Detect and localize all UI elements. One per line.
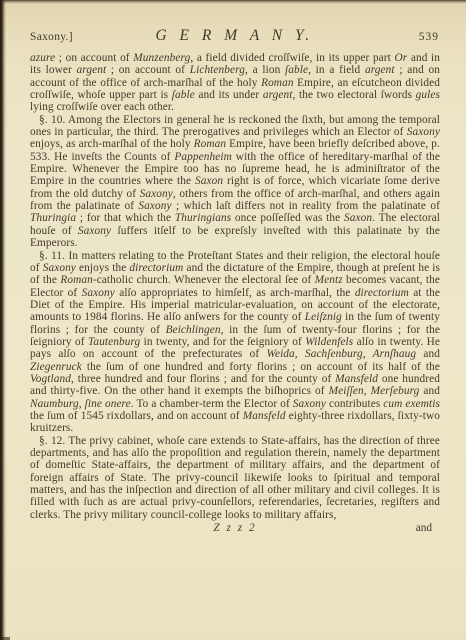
page-title: G E R M A N Y. <box>155 27 312 45</box>
book-page-scan: Saxony.] G E R M A N Y. 539 azure ; on a… <box>0 0 466 640</box>
scan-edge-top <box>0 0 466 4</box>
paragraph-section-12: §. 12. The privy cabinet, whoſe care ext… <box>30 435 440 521</box>
catchword: and <box>416 522 432 534</box>
paragraph-section-10: §. 10. Among the Electors in general he … <box>30 114 440 250</box>
body-text: azure ; on account of Munzenberg, a fiel… <box>30 52 440 521</box>
page-footer: Z z z 2 and <box>30 522 440 536</box>
paragraph-section-11: §. 11. In matters relating to the Proteſ… <box>30 250 440 435</box>
running-title-left: Saxony.] <box>30 31 73 43</box>
signature-mark: Z z z 2 <box>30 522 440 534</box>
page-number: 539 <box>419 31 439 43</box>
page-header: Saxony.] G E R M A N Y. 539 <box>30 27 439 45</box>
paragraph-continuation-heraldry: azure ; on account of Munzenberg, a fiel… <box>30 52 440 114</box>
scan-edge-left <box>0 0 6 640</box>
